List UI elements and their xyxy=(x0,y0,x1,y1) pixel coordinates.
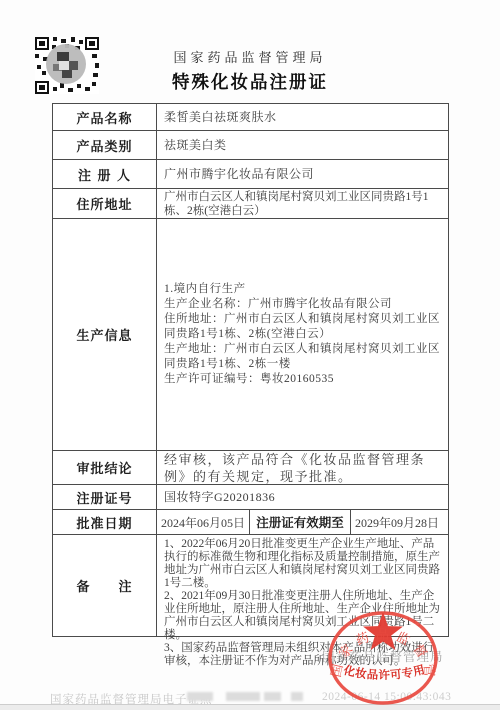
product-category-value: 祛斑美白类 xyxy=(157,131,448,159)
certificate-page: 国家药品监督管理局 特殊化妆品注册证 产品名称 柔皙美白祛斑爽肤水 产品类别 祛… xyxy=(0,0,500,710)
production-line: 生产许可证编号：粤妆20160535 xyxy=(164,372,441,387)
table-row-cert-number: 注册证号 国妆特字G20201836 xyxy=(53,485,448,510)
remark-item: 1、2022年06月20日批准变更生产企业生产地址、产品执行的标准微生物和理化指… xyxy=(164,538,441,590)
valid-until-label: 注册证有效期至 xyxy=(250,510,351,534)
table-row-production-info: 生产信息 1.境内自行生产 生产企业名称：广州市腾宇化妆品有限公司 住所地址：广… xyxy=(53,219,448,451)
production-info-value: 1.境内自行生产 生产企业名称：广州市腾宇化妆品有限公司 住所地址：广州市白云区… xyxy=(157,219,448,450)
row-label: 住所地址 xyxy=(53,189,157,218)
product-name-value: 柔皙美白祛斑爽肤水 xyxy=(157,104,448,130)
row-label: 产品类别 xyxy=(53,131,157,159)
table-row-registered-address: 住所地址 广州市白云区人和镇岗尾村窝贝刘工业区同贵路1号1栋、2栋(空港白云） xyxy=(53,189,448,219)
row-label: 注册证号 xyxy=(53,485,157,509)
production-line: 生产地址：广州市白云区人和镇岗尾村窝贝刘工业区同贵路1号1栋、2栋一楼 xyxy=(164,342,441,372)
table-row-product-name: 产品名称 柔皙美白祛斑爽肤水 xyxy=(53,104,448,131)
redaction-block xyxy=(291,692,303,701)
row-label: 生产信息 xyxy=(53,219,157,450)
approval-conclusion-value: 经审核，该产品符合《化妆品监督管理条例》的有关规定，现予批准。 xyxy=(157,451,448,484)
row-label: 批准日期 xyxy=(53,510,157,534)
table-row-registrant: 注 册 人 广州市腾宇化妆品有限公司 xyxy=(53,160,448,189)
row-label: 备 注 xyxy=(53,535,157,636)
valid-until-date-value: 2029年09月28日 xyxy=(351,510,448,534)
cert-number-value: 国妆特字G20201836 xyxy=(157,485,448,509)
row-label: 产品名称 xyxy=(53,104,157,130)
table-row-approval-conclusion: 审批结论 经审核，该产品符合《化妆品监督管理条例》的有关规定，现予批准。 xyxy=(53,451,448,485)
production-line: 1.境内自行生产 xyxy=(164,282,441,297)
registered-address-value: 广州市白云区人和镇岗尾村窝贝刘工业区同贵路1号1栋、2栋(空港白云） xyxy=(157,189,448,218)
row-label: 审批结论 xyxy=(53,451,157,484)
redaction-block xyxy=(264,692,281,701)
official-seal: 国家药品监督管理 化妆品许可专用章 xyxy=(326,608,442,708)
certificate-table: 产品名称 柔皙美白祛斑爽肤水 产品类别 祛斑美白类 注 册 人 广州市腾宇化妆品… xyxy=(52,103,449,637)
redaction-block xyxy=(226,692,260,701)
production-line: 住所地址：广州市白云区人和镇岗尾村窝贝刘工业区同贵路1号1栋、2栋(空港白云） xyxy=(164,312,441,342)
issuing-authority-name: 国家药品监督管理局 xyxy=(0,47,500,66)
seal-graphic: 国家药品监督管理 化妆品许可专用章 xyxy=(326,608,442,708)
production-line: 生产企业名称：广州市腾宇化妆品有限公司 xyxy=(164,297,441,312)
approval-date-value: 2024年06月05日 xyxy=(157,510,250,534)
document-header: 国家药品监督管理局 特殊化妆品注册证 xyxy=(0,47,500,94)
row-label: 注 册 人 xyxy=(53,160,157,188)
page-title: 特殊化妆品注册证 xyxy=(0,69,500,94)
redaction-block xyxy=(187,692,213,701)
table-row-product-category: 产品类别 祛斑美白类 xyxy=(53,131,448,160)
table-row-dates: 批准日期 2024年06月05日 注册证有效期至 2029年09月28日 xyxy=(53,510,448,535)
registrant-value: 广州市腾宇化妆品有限公司 xyxy=(157,160,448,188)
